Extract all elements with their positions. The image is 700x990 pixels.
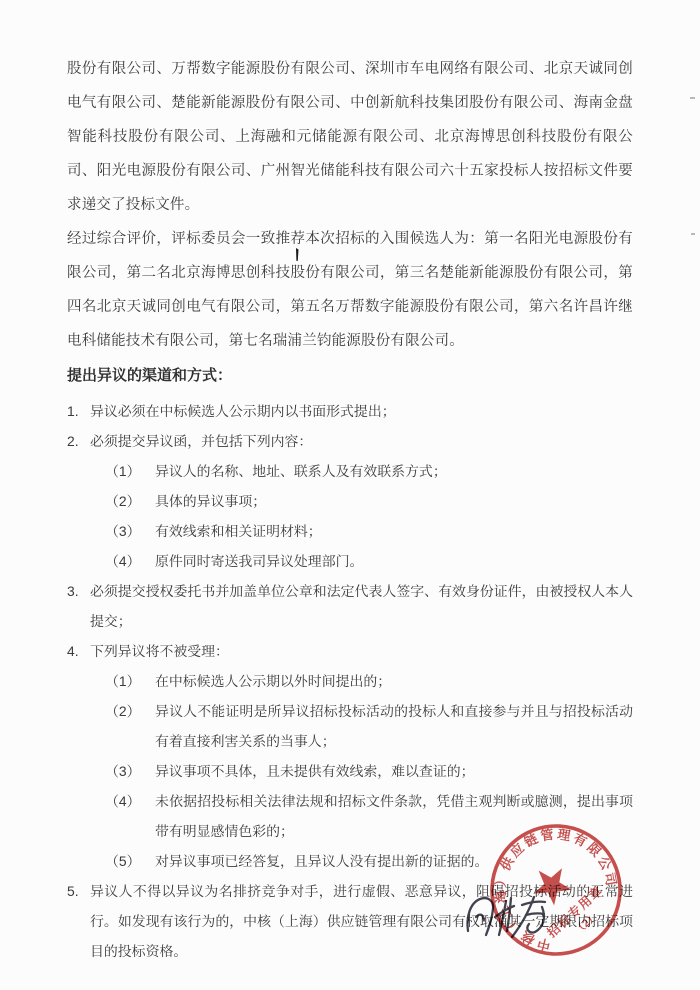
scan-speck [690, 97, 695, 99]
list-item: 4. 下列异议将不被受理： [67, 636, 633, 666]
list-subitem-text: 异议人不能证明是所异议招标投标活动的投标人和直接参与并且与招投标活动有着直接利害… [155, 696, 633, 756]
list-subitem-text: 在中标候选人公示期以外时间提出的； [155, 666, 633, 696]
list-subitem: （3） 有效线索和相关证明材料； [105, 516, 633, 546]
list-item: 1. 异议必须在中标候选人公示期内以书面形式提出； [67, 396, 633, 426]
cursor-artifact [293, 248, 301, 261]
list-subitem-number: （1） [105, 666, 155, 696]
list-subitem-text: 异议事项不具体，且未提供有效线索，难以查证的； [155, 756, 633, 786]
section-heading-objection-channels: 提出异议的渠道和方式： [67, 360, 633, 392]
list-subitem-number: （1） [105, 456, 155, 486]
list-subitem: （5） 对异议事项已经答复，且异议人没有提出新的证据的。 [105, 846, 633, 876]
list-subitem: （4） 原件同时寄送我司异议处理部门。 [105, 546, 633, 576]
list-subitem-number: （4） [105, 786, 155, 816]
list-subitem-number: （3） [105, 756, 155, 786]
list-subitem: （3） 异议事项不具体，且未提供有效线索，难以查证的； [105, 756, 633, 786]
document-page: 股份有限公司、万帮数字能源股份有限公司、深圳市车电网络有限公司、北京天诚同创电气… [67, 52, 633, 966]
list-item: 3. 必须提交授权委托书并加盖单位公章和法定代表人签字、有效身份证件，由被授权人… [67, 576, 633, 636]
list-item-number: 2. [67, 426, 90, 456]
list-subitem-number: （5） [105, 846, 155, 876]
list-subitem-text: 具体的异议事项； [155, 486, 633, 516]
scan-speck [691, 233, 695, 235]
list-subitem-text: 异议人的名称、地址、联系人及有效联系方式； [155, 456, 633, 486]
list-item-number: 3. [67, 576, 90, 606]
list-subitem-text: 原件同时寄送我司异议处理部门。 [155, 546, 633, 576]
list-subitem: （4） 未依据招投标相关法律法规和招标文件条款，凭借主观判断或臆测，提出事项带有… [105, 786, 633, 846]
list-item-number: 5. [67, 876, 90, 906]
list-item-text: 必须提交授权委托书并加盖单位公章和法定代表人签字、有效身份证件，由被授权人本人提… [90, 576, 633, 636]
list-item-text: 下列异议将不被受理： [90, 636, 633, 666]
paragraph-bidders: 股份有限公司、万帮数字能源股份有限公司、深圳市车电网络有限公司、北京天诚同创电气… [67, 52, 633, 222]
list-subitem: （2） 具体的异议事项； [105, 486, 633, 516]
list-subitem: （1） 在中标候选人公示期以外时间提出的； [105, 666, 633, 696]
paragraph-evaluation-result: 经过综合评价，评标委员会一致推荐本次招标的入围候选人为：第一名阳光电源股份有限公… [67, 222, 633, 358]
list-subitem: （2） 异议人不能证明是所异议招标投标活动的投标人和直接参与并且与招投标活动有着… [105, 696, 633, 756]
list-subitem-number: （3） [105, 516, 155, 546]
list-item-number: 4. [67, 636, 90, 666]
list-item: 5. 异议人不得以异议为名排挤竞争对手，进行虚假、恶意异议，阻碍招投标活动的正常… [67, 876, 633, 966]
list-item-text: 异议人不得以异议为名排挤竞争对手，进行虚假、恶意异议，阻碍招投标活动的正常进行。… [90, 876, 633, 966]
list-item-text: 必须提交异议函，并包括下列内容： [90, 426, 633, 456]
list-item-number: 1. [67, 396, 90, 426]
list-subitem-number: （4） [105, 546, 155, 576]
list-subitem: （1） 异议人的名称、地址、联系人及有效联系方式； [105, 456, 633, 486]
objection-rules-list: 1. 异议必须在中标候选人公示期内以书面形式提出； 2. 必须提交异议函，并包括… [67, 396, 633, 966]
list-item-text: 异议必须在中标候选人公示期内以书面形式提出； [90, 396, 633, 426]
list-subitem-text: 有效线索和相关证明材料； [155, 516, 633, 546]
list-subitem-text: 对异议事项已经答复，且异议人没有提出新的证据的。 [155, 846, 633, 876]
list-subitem-number: （2） [105, 696, 155, 726]
list-item: 2. 必须提交异议函，并包括下列内容： [67, 426, 633, 456]
list-subitem-text: 未依据招投标相关法律法规和招标文件条款，凭借主观判断或臆测，提出事项带有明显感情… [155, 786, 633, 846]
list-subitem-number: （2） [105, 486, 155, 516]
